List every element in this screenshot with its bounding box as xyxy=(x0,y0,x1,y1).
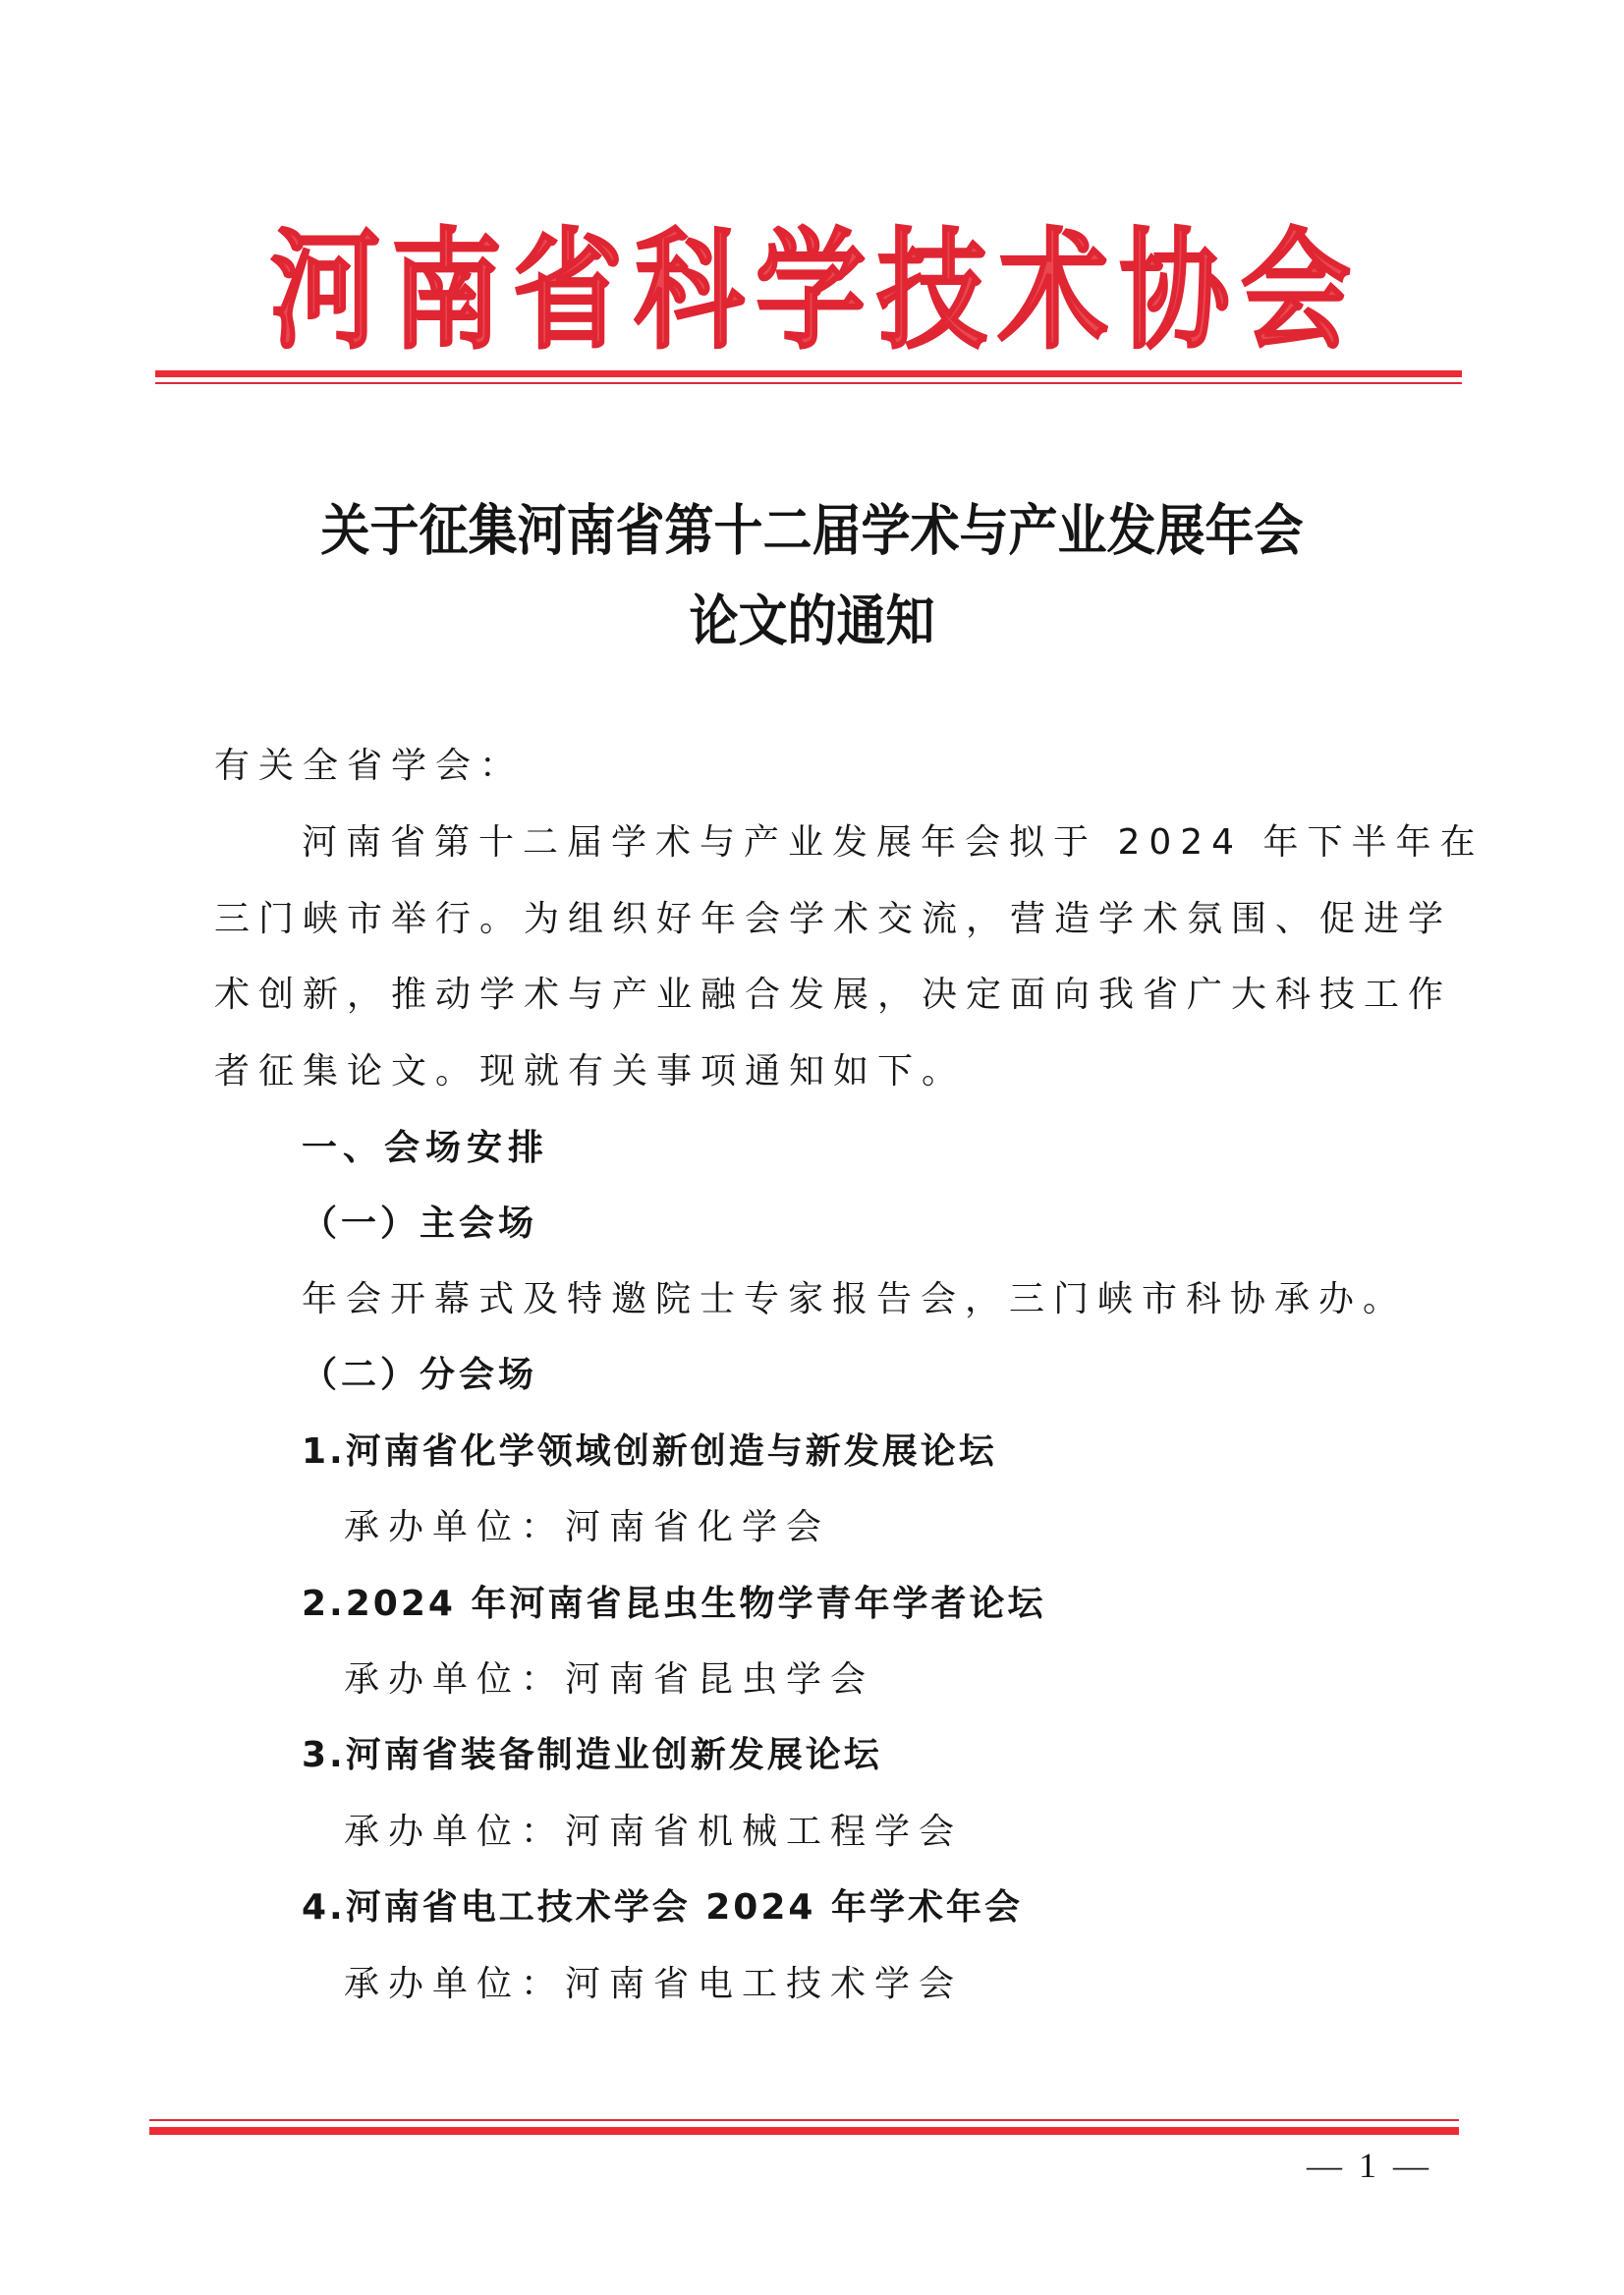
letterhead-rule-thick xyxy=(155,370,1462,377)
sub-venue-title: 3.河南省装备制造业创新发展论坛 xyxy=(302,1732,882,1779)
letterhead-char: 会 xyxy=(1241,216,1351,366)
host-label: 承办单位： xyxy=(344,1659,565,1700)
sub-venue-host: 承办单位：河南省机械工程学会 xyxy=(344,1809,963,1856)
intro-line: 术创新，推动学术与产业融合发展，决定面向我省广大科技工作 xyxy=(214,972,1452,1019)
host-name: 河南省电工技术学会 xyxy=(565,1964,963,2004)
sub-venue-title: 4.河南省电工技术学会 2024 年学术年会 xyxy=(302,1884,1023,1931)
intro-line: 三门峡市举行。为组织好年会学术交流，营造学术氛围、促进学 xyxy=(214,896,1452,943)
letterhead-char: 学 xyxy=(756,216,866,366)
letterhead-char: 河 xyxy=(270,216,380,366)
host-label: 承办单位： xyxy=(344,1812,565,1852)
letterhead-rule-thin xyxy=(155,382,1462,384)
letterhead-char: 术 xyxy=(998,216,1108,366)
host-label: 承办单位： xyxy=(344,1507,565,1547)
page-number: — 1 — xyxy=(1307,2145,1432,2186)
salutation: 有关全省学会： xyxy=(214,743,524,790)
letterhead-char: 协 xyxy=(1120,216,1230,366)
letterhead-char: 科 xyxy=(635,216,745,366)
footer-rule-thick xyxy=(149,2127,1459,2135)
sub-venue-host: 承办单位：河南省电工技术学会 xyxy=(344,1961,963,2008)
letterhead-org-name: 河 南 省 科 学 技 术 协 会 xyxy=(270,228,1351,356)
section-heading: 一、会场安排 xyxy=(302,1125,549,1172)
host-name: 河南省机械工程学会 xyxy=(565,1812,963,1852)
host-name: 河南省化学会 xyxy=(565,1507,830,1547)
host-name: 河南省昆虫学会 xyxy=(565,1659,874,1700)
subsection-heading-main-venue: （一）主会场 xyxy=(302,1201,537,1248)
footer-rule-thin xyxy=(149,2119,1459,2121)
sub-venue-host: 承办单位：河南省化学会 xyxy=(344,1504,830,1551)
intro-line: 者征集论文。现就有关事项通知如下。 xyxy=(214,1048,966,1095)
host-label: 承办单位： xyxy=(344,1964,565,2004)
document-title-line-1: 关于征集河南省第十二届学术与产业发展年会 xyxy=(147,487,1477,567)
sub-venue-title: 2.2024 年河南省昆虫生物学青年学者论坛 xyxy=(302,1581,1045,1628)
letterhead-char: 省 xyxy=(513,216,623,366)
sub-venue-host: 承办单位：河南省昆虫学会 xyxy=(344,1656,874,1704)
letterhead-char: 南 xyxy=(392,216,502,366)
sub-venue-title: 1.河南省化学领域创新创造与新发展论坛 xyxy=(302,1428,997,1476)
main-venue-text: 年会开幕式及特邀院士专家报告会，三门峡市科协承办。 xyxy=(302,1276,1407,1323)
letterhead-char: 技 xyxy=(877,216,987,366)
document-title-line-2: 论文的通知 xyxy=(147,578,1477,657)
subsection-heading-sub-venues: （二）分会场 xyxy=(302,1352,537,1399)
document-page: 河 南 省 科 学 技 术 协 会 关于征集河南省第十二届学术与产业发展年会 论… xyxy=(0,0,1624,2295)
intro-line: 河南省第十二届学术与产业发展年会拟于 2024 年下半年在 xyxy=(302,819,1484,867)
